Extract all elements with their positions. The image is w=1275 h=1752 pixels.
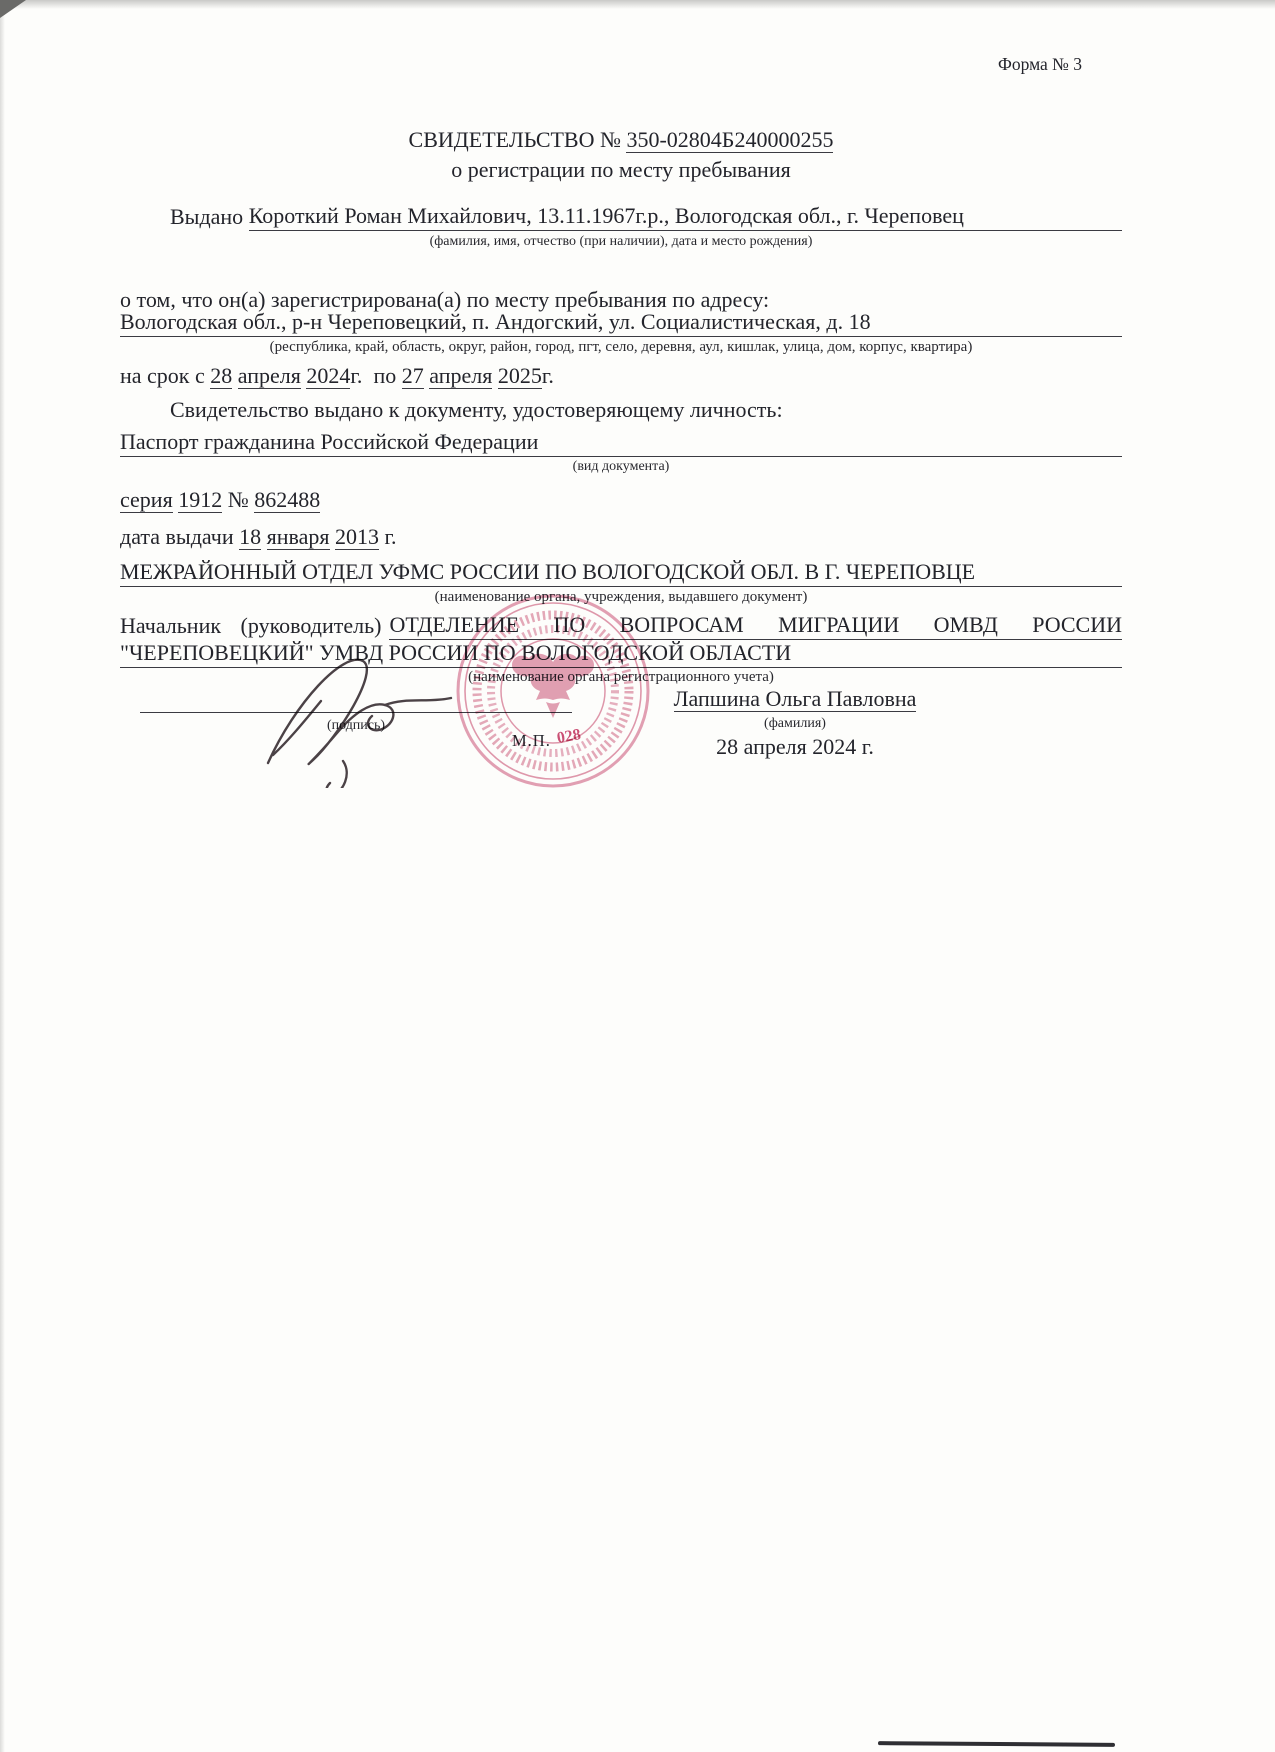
- official-block: Лапшина Ольга Павловна (фамилия) 28 апре…: [645, 686, 945, 760]
- period-to-day: 27: [402, 363, 424, 389]
- issue-date-day: 18: [239, 524, 261, 550]
- issued-underline-filler: [964, 230, 1122, 231]
- period-to-month: апреля: [429, 363, 492, 389]
- certificate-number: 350-02804Б240000255: [626, 127, 833, 153]
- period-middle: по: [373, 363, 396, 388]
- identity-document-value: Паспорт гражданина Российской Федерации: [120, 428, 538, 457]
- issued-label: Выдано: [120, 203, 249, 231]
- scan-edge-top: [0, 0, 1275, 9]
- issued-caption: (фамилия, имя, отчество (при наличии), д…: [120, 234, 1122, 250]
- certificate-subtitle: о регистрации по месту пребывания: [120, 156, 1122, 184]
- address-caption: (республика, край, область, округ, район…: [120, 339, 1122, 355]
- identity-underline-filler: [538, 456, 1122, 457]
- issue-date-year: 2013: [335, 524, 379, 550]
- issued-line: Выдано Короткий Роман Михайлович, 13.11.…: [120, 202, 1122, 231]
- issue-date-line: дата выдачи 18 января 2013 г.: [120, 523, 1122, 551]
- period-from-month: апреля: [238, 363, 301, 389]
- issued-to-value: Короткий Роман Михайлович, 13.11.1967г.р…: [249, 202, 964, 231]
- series-label: серия: [120, 487, 173, 513]
- issuing-authority-line: МЕЖРАЙОННЫЙ ОТДЕЛ УФМС РОССИИ ПО ВОЛОГОД…: [120, 558, 1122, 587]
- period-to-suffix: г.: [542, 363, 554, 388]
- number-value: 862488: [254, 487, 320, 513]
- address-line: Вологодская обл., р-н Череповецкий, п. А…: [120, 308, 1122, 337]
- identity-document-line: Паспорт гражданина Российской Федерации: [120, 428, 1122, 457]
- period-from-day: 28: [210, 363, 232, 389]
- period-to-year: 2025: [498, 363, 542, 389]
- scan-bottom-artifact: [878, 1741, 1115, 1747]
- series-value: 1912: [178, 487, 222, 513]
- identity-document-caption: (вид документа): [120, 459, 1122, 475]
- issue-date-label: дата выдачи: [120, 524, 234, 549]
- official-name: Лапшина Ольга Павловна: [674, 686, 917, 712]
- handwritten-signature: [243, 643, 478, 788]
- authority-underline-filler: [975, 586, 1122, 587]
- issue-date-month: января: [267, 524, 330, 550]
- issuing-authority-value: МЕЖРАЙОННЫЙ ОТДЕЛ УФМС РОССИИ ПО ВОЛОГОД…: [120, 558, 975, 587]
- series-line: серия 1912 № 862488: [120, 486, 1122, 514]
- address-underline-filler: [871, 336, 1122, 337]
- scan-edge-left: [0, 0, 5, 1752]
- period-from-year: 2024: [306, 363, 350, 389]
- official-round-stamp-icon: [452, 590, 654, 792]
- identity-statement: Свидетельство выдано к документу, удосто…: [120, 396, 1172, 424]
- certificate-page: Форма № 3 СВИДЕТЕЛЬСТВО № 350-02804Б2400…: [0, 0, 1275, 1752]
- period-prefix: на срок с: [120, 363, 205, 388]
- issue-date-suffix: г.: [385, 524, 397, 549]
- address-value: Вологодская обл., р-н Череповецкий, п. А…: [120, 308, 871, 337]
- certificate-title: СВИДЕТЕЛЬСТВО № 350-02804Б240000255: [120, 126, 1122, 154]
- period-line: на срок с 28 апреля 2024г. по 27 апреля …: [120, 362, 1122, 390]
- head-label: Начальник (руководитель): [120, 612, 389, 640]
- title-prefix: СВИДЕТЕЛЬСТВО №: [409, 127, 621, 152]
- official-name-caption: (фамилия): [645, 716, 945, 732]
- form-number-label: Форма № 3: [998, 54, 1082, 75]
- period-from-suffix: г.: [350, 363, 362, 388]
- number-sign: №: [228, 487, 249, 512]
- issue-stamp-date: 28 апреля 2024 г.: [645, 734, 945, 760]
